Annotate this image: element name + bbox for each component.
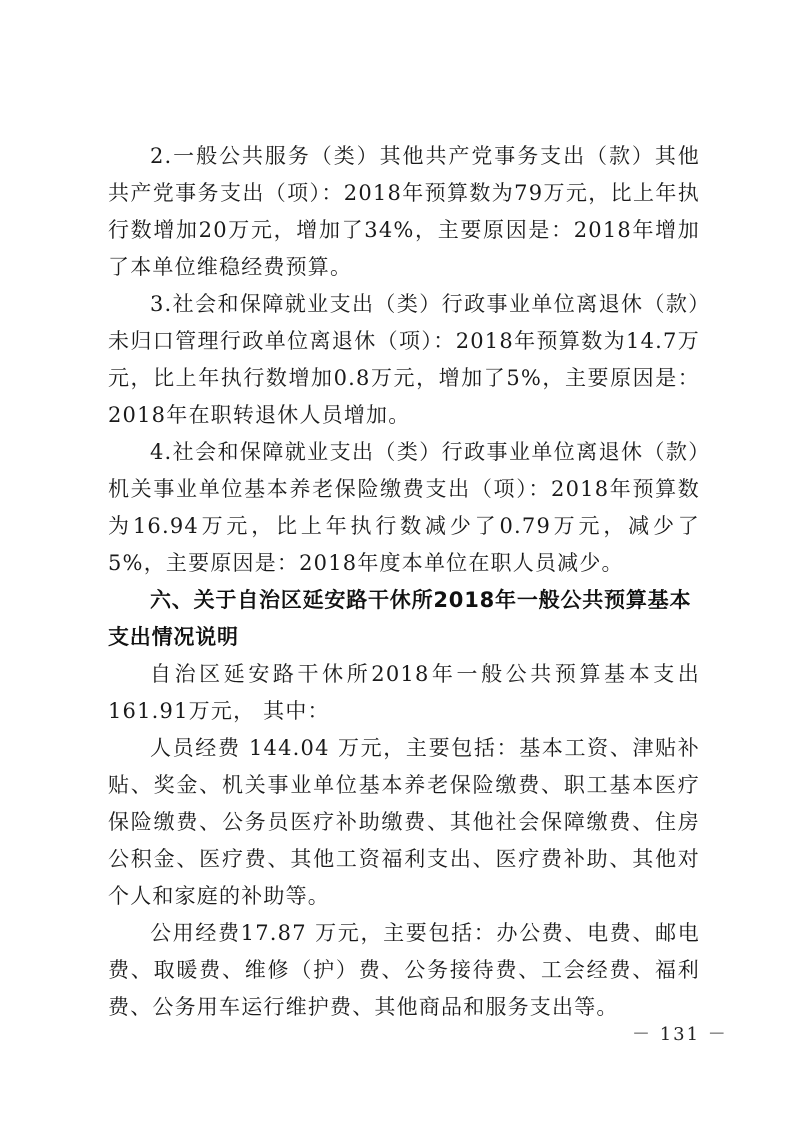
page-number: － 131 －: [632, 1020, 728, 1046]
paragraph-personnel-expenses: 人员经费 144.04 万元，主要包括：基本工资、津贴补贴、奖金、机关事业单位基…: [108, 730, 700, 915]
paragraph-public-expenses: 公用经费17.87 万元，主要包括：办公费、电费、邮电费、取暖费、维修（护）费、…: [108, 915, 700, 1026]
paragraph-item-3: 3.社会和保障就业支出（类）行政事业单位离退休（款）未归口管理行政单位离退休（项…: [108, 286, 700, 434]
paragraph-item-4: 4.社会和保障就业支出（类）行政事业单位离退休（款）机关事业单位基本养老保险缴费…: [108, 434, 700, 582]
section-heading: 六、关于自治区延安路干休所2018年一般公共预算基本支出情况说明: [108, 582, 700, 656]
document-page: 2.一般公共服务（类）其他共产党事务支出（款）其他共产党事务支出（项）：2018…: [108, 138, 700, 1026]
paragraph-item-2: 2.一般公共服务（类）其他共产党事务支出（款）其他共产党事务支出（项）：2018…: [108, 138, 700, 286]
paragraph-basic-expenditure: 自治区延安路干休所2018年一般公共预算基本支出 161.91万元， 其中：: [108, 656, 700, 730]
